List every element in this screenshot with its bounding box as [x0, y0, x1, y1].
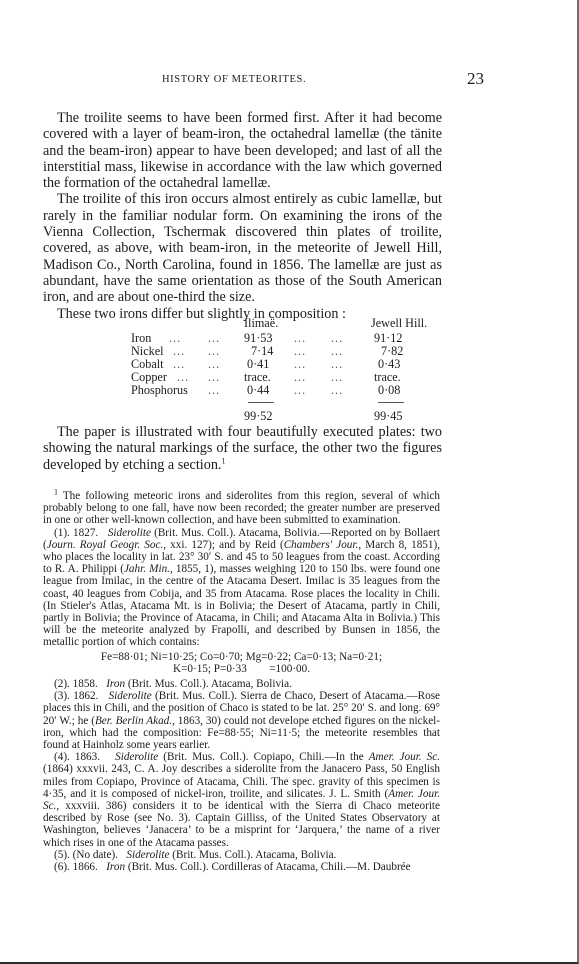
closing-paragraph-text: The paper is illustrated with four beaut…: [43, 424, 442, 473]
formula-line-1: Fe=88·01; Ni=10·25; Co=0·70; Mg=0·22; Ca…: [43, 649, 440, 663]
book-page: HISTORY OF METEORITES. 23 The troilite s…: [0, 0, 579, 964]
footnote-reference[interactable]: 1: [221, 456, 225, 465]
footnote: 1 The following meteoric irons and sider…: [43, 490, 440, 873]
jewell-hill-total: 99·45: [374, 410, 402, 423]
footnote-entry-4: (4). 1863. Siderolite (Brit. Mus. Coll.)…: [43, 751, 440, 849]
page-number: 23: [467, 69, 484, 89]
paragraph-troilite-formation: The troilite seems to have been formed f…: [43, 110, 442, 191]
label-dots: ...: [208, 384, 220, 397]
footnote-entry-2: (2). 1858. Iron (Brit. Mus. Coll.). Atac…: [43, 678, 440, 690]
table-row-phosphorus: Phosphorus ... 0·44 ... ... 0·08: [131, 384, 441, 398]
sum-rule-jewell-hill: [378, 402, 404, 403]
separator-dots: ...: [294, 384, 306, 397]
jewell-hill-value: 0·08: [378, 384, 400, 397]
footnote-marker: 1: [54, 487, 58, 496]
paragraph-troilite-lamellae: The troilite of this iron occurs almost …: [43, 191, 442, 305]
footnote-entry-5: (5). (No date). Siderolite (Brit. Mus. C…: [43, 849, 440, 861]
closing-paragraph: The paper is illustrated with four beaut…: [43, 424, 442, 473]
element-label: Phosphorus: [131, 384, 188, 397]
footnote-entry-6: (6). 1866. Iron (Brit. Mus. Coll.). Cord…: [43, 861, 440, 873]
ilimae-value: 0·44: [247, 384, 269, 397]
column-header-ilimae: Ilimaë.: [244, 317, 278, 330]
column-header-jewell-hill: Jewell Hill.: [371, 317, 427, 330]
body-text: The troilite seems to have been formed f…: [43, 110, 442, 322]
sum-rule-ilimae: [248, 402, 274, 403]
footnote-intro: 1 The following meteoric irons and sider…: [43, 490, 440, 527]
footnote-entry-1: (1). 1827. Siderolite (Brit. Mus. Coll.)…: [43, 527, 440, 649]
table-row-total: 99·52 99·45: [131, 410, 441, 424]
separator-dots: ...: [331, 384, 343, 397]
formula-line-2: K=0·15; P=0·33 =100·00.: [43, 663, 440, 678]
page-header: HISTORY OF METEORITES. 23: [44, 70, 444, 90]
footnote-entry-3: (3). 1862. Siderolite (Brit. Mus. Coll.)…: [43, 690, 440, 751]
ilimae-total: 99·52: [244, 410, 272, 423]
running-head: HISTORY OF METEORITES.: [162, 74, 306, 85]
